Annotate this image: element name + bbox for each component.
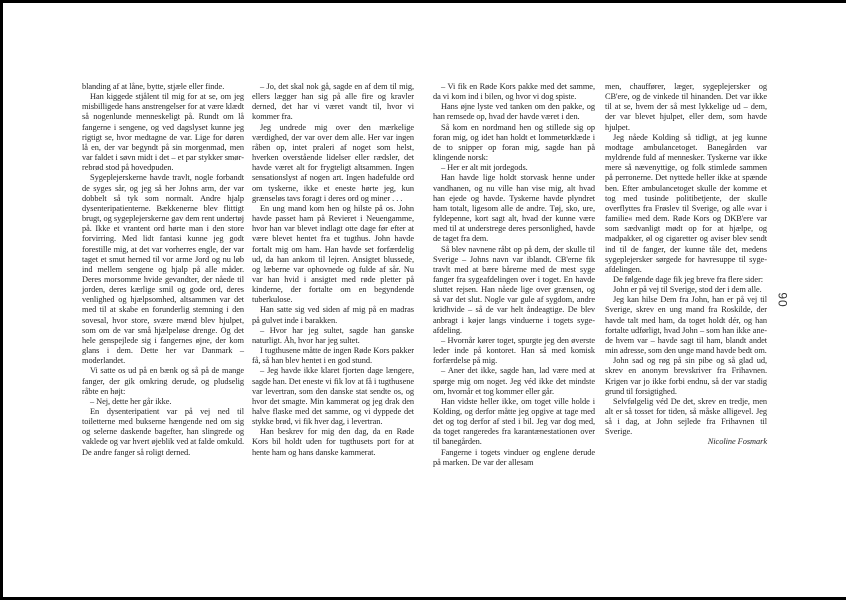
author-signature: Nicoline Fosmark	[605, 437, 767, 447]
text-column-3: – Vi fik en Røde Kors pakke med det samm…	[433, 82, 595, 468]
dialogue-line: – Jeg havde ikke klaret fjorten dage læn…	[252, 366, 414, 427]
paragraph: De følgende dage fik jeg breve fra flere…	[605, 275, 767, 285]
paragraph: John er på vej til Sverige, stod der i d…	[605, 285, 767, 295]
paragraph: Vi satte os ud på en bænk og så på de ma…	[82, 366, 244, 396]
text-column-2: – Jo, det skal nok gå, sagde en af dem t…	[252, 82, 414, 458]
paragraph: Jeg nåede Kolding så tidligt, at jeg kun…	[605, 133, 767, 275]
dialogue-line: – Her er alt mit jordegods.	[433, 163, 595, 173]
dialogue-line: – Hvornår kører toget, spurgte jeg den ø…	[433, 336, 595, 366]
paragraph: blanding af at låne, bytte, stjæle eller…	[82, 82, 244, 92]
text-column-4: men, chauffører, læger, sygeplejersker o…	[605, 82, 767, 448]
paragraph: Hans øjne lyste ved tanken om den pakke,…	[433, 102, 595, 122]
paragraph: Han vidste heller ikke, om toget ville h…	[433, 397, 595, 448]
dialogue-line: – Jo, det skal nok gå, sagde en af dem t…	[252, 82, 414, 123]
paragraph: Jeg undrede mig over den mærkelige værdi…	[252, 123, 414, 204]
paragraph: men, chauffører, læger, sygeplejersker o…	[605, 82, 767, 133]
paragraph: Jeg kan hilse Dem fra John, han er på ve…	[605, 295, 767, 356]
dialogue-line: – Hvor har jeg sultet, sagde han gan­ske…	[252, 326, 414, 346]
paragraph: Han kiggede stjålent til mig for at se, …	[82, 92, 244, 173]
paragraph: Selvfølgelig véd De det, skrev en tredje…	[605, 397, 767, 438]
document-page: blanding af at låne, bytte, stjæle eller…	[3, 3, 846, 597]
paragraph: Sygeplejerskerne havde travlt, nogle for…	[82, 173, 244, 366]
paragraph: Han beskrev for mig den dag, da en Røde …	[252, 427, 414, 457]
paragraph: Så kom en nordmand hen og stillede sig o…	[433, 123, 595, 164]
paragraph: En dysenteripatient var på vej ned til t…	[82, 407, 244, 458]
paragraph: I tugthusene måtte de ingen Røde Kors pa…	[252, 346, 414, 366]
paragraph: Så blev navnene råbt op på dem, der skul…	[433, 245, 595, 336]
page-number: 90	[776, 292, 790, 307]
text-column-1: blanding af at låne, bytte, stjæle eller…	[82, 82, 244, 458]
paragraph: Han havde lige holdt storvask henne unde…	[433, 173, 595, 244]
paragraph: John sad og røg på sin pibe og så glad u…	[605, 356, 767, 397]
paragraph: Fangerne i togets vinduer og englene der…	[433, 448, 595, 468]
dialogue-line: – Nej, dette her går ikke.	[82, 397, 244, 407]
paragraph: En ung mand kom hen og hilste på os. Joh…	[252, 204, 414, 306]
dialogue-line: – Aner det ikke, sagde han, lad være med…	[433, 366, 595, 396]
dialogue-line: – Vi fik en Røde Kors pakke med det samm…	[433, 82, 595, 102]
paragraph: Han satte sig ved siden af mig på en mad…	[252, 305, 414, 325]
